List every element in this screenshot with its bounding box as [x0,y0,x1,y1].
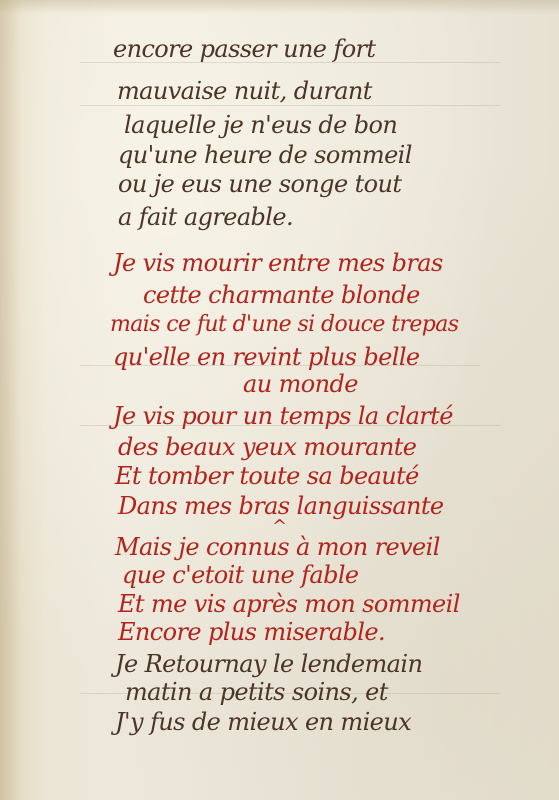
manuscript-line: Dans mes bras languissante [118,494,444,518]
manuscript-line: qu'elle en revint plus belle [113,345,420,369]
manuscript-line: encore passer une fort [113,37,375,61]
manuscript-line: qu'une heure de sommeil [118,143,412,167]
manuscript-line: J'y fus de mieux en mieux [115,710,411,734]
manuscript-line: que c'etoit une fable [122,563,359,587]
manuscript-line: Et tomber toute sa beauté [115,464,419,488]
manuscript-line: matin a petits soins, et [125,680,388,704]
manuscript-line: Je Retournay le lendemain [115,652,422,676]
manuscript-line: mais ce fut d'une si douce trepas [110,314,458,336]
manuscript-line: au monde [243,372,358,396]
manuscript-line: cette charmante blonde [143,283,420,307]
manuscript-page: encore passer une fort mauvaise nuit, du… [0,0,559,800]
manuscript-line: des beaux yeux mourante [118,435,416,459]
manuscript-line: Mais je connus à mon reveil [115,535,440,559]
manuscript-line: laquelle je n'eus de bon [124,113,397,137]
manuscript-line: a fait agreable. [118,205,293,229]
manuscript-line: ou je eus une songe tout [118,172,401,196]
manuscript-line: Encore plus miserable. [118,620,385,644]
manuscript-line: Je vis mourir entre mes bras [113,251,443,275]
manuscript-line: mauvaise nuit, durant [117,79,372,103]
ruled-line [80,105,500,106]
manuscript-line: Je vis pour un temps la clarté [113,404,453,428]
manuscript-line: Et me vis après mon sommeil [118,592,460,616]
